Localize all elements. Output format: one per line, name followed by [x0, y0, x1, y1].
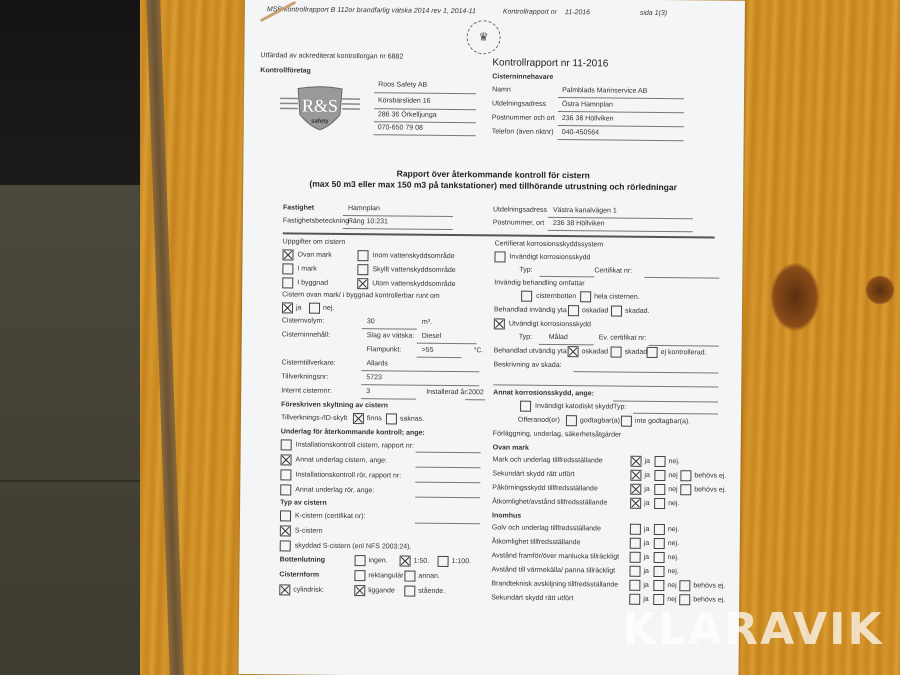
klaravik-watermark: KLARAVIK [622, 604, 884, 655]
form-cyl-checkbox[interactable] [279, 584, 290, 595]
sign-finns: finns [367, 415, 382, 422]
fill-line [558, 97, 684, 99]
slope-none-checkbox[interactable] [355, 555, 366, 566]
property-designation-value: Räng 10:231 [348, 218, 388, 225]
ja-label: ja [644, 526, 650, 533]
type-label: skyddad S-cistern (enl NFS 2003:24). [295, 543, 412, 551]
inner-corrosion-checkbox[interactable] [494, 251, 505, 262]
liquid-value: Diesel [422, 333, 442, 340]
controllable-ja-checkbox[interactable] [282, 302, 293, 313]
outer-corrosion-checkbox[interactable] [494, 318, 505, 329]
volume-value: 30 [367, 318, 375, 325]
nej-label: nej. [668, 540, 679, 547]
inner-oskadad-checkbox[interactable] [568, 305, 579, 316]
type-checkbox[interactable] [280, 510, 291, 521]
ev-cert-label: Ev. certifikat nr: [599, 334, 647, 341]
form-other: annan. [418, 573, 439, 580]
outer-ej-checkbox[interactable] [647, 347, 658, 358]
nej-label: nej. [669, 458, 680, 465]
owner-section-label: Cisterninnehavare [492, 73, 553, 81]
ja-checkbox[interactable] [630, 538, 641, 549]
nej-checkbox[interactable] [654, 470, 665, 481]
nej-checkbox[interactable] [654, 524, 665, 535]
basis-label: Annat underlag rör, ange: [295, 487, 374, 495]
owner-field-label: Namn [492, 86, 511, 93]
owner-field-value: 236 38 Höllviken [562, 115, 614, 122]
maker-label: Cisterntillverkare: [281, 359, 335, 367]
property-value: Hamnplan [348, 205, 380, 212]
godtagbar: godtagbar(a) [580, 417, 620, 424]
outer-skadad-checkbox[interactable] [611, 347, 622, 358]
placement-label: Skyllt vattenskyddsområde [372, 266, 455, 274]
serial-label: Tillverkningsnr: [281, 373, 328, 380]
whole-checkbox[interactable] [580, 291, 591, 302]
internal-value: 3 [366, 388, 370, 395]
wood-knot [770, 262, 820, 332]
form-standing-checkbox[interactable] [404, 586, 415, 597]
flash-unit: °C. [474, 347, 484, 354]
rs-safety-logo-icon: R&S safety [280, 84, 360, 131]
owner-field-label: Postnummer och ort [492, 114, 555, 122]
ja-label: ja [296, 305, 302, 312]
ja-checkbox[interactable] [629, 580, 640, 591]
company-name: Roos Safety AB [378, 81, 427, 88]
fill-line [633, 413, 718, 415]
check-row-label: Avstånd till värmekälla/ panna tillräckl… [491, 566, 615, 574]
basis-label: Annat underlag cistern, ange: [296, 457, 388, 465]
fill-line [361, 398, 416, 400]
inspection-report-page: MSB kontrollrapport B 112or brandfarlig … [238, 0, 744, 675]
property-address-value: Västra kanalvägen 1 [553, 207, 617, 215]
outer-oskadad-checkbox[interactable] [568, 346, 579, 357]
ja-checkbox[interactable] [630, 456, 641, 467]
nej-label: nej [668, 486, 677, 493]
slope-none: ingen. [369, 557, 388, 564]
inner-skadad-checkbox[interactable] [611, 306, 622, 317]
placement-label: Utom vattenskyddsområde [372, 280, 455, 288]
ja-checkbox[interactable] [629, 566, 640, 577]
background-floor [0, 185, 150, 675]
form-standing: stående. [418, 588, 445, 595]
nej-checkbox[interactable] [654, 538, 665, 549]
ja-checkbox[interactable] [630, 524, 641, 535]
ja-label: ja [644, 472, 650, 479]
ej-kontrollerad: ej kontrollerad. [661, 349, 707, 356]
fill-line [644, 277, 719, 279]
nej-checkbox[interactable] [654, 484, 665, 495]
placement-checkbox[interactable] [282, 277, 293, 288]
owner-field-value: 040-450564 [562, 129, 599, 136]
type-label: K-cistern (certifikat nr): [295, 513, 365, 521]
nej-label: nej [667, 596, 676, 603]
property-postal-label: Postnummer, ort [493, 219, 544, 226]
behovs-checkbox[interactable] [679, 580, 690, 591]
outer-surface-label: Behandlad utvändig yta [494, 347, 567, 355]
sign-finns-checkbox[interactable] [353, 413, 364, 424]
maker-value: Allards [366, 360, 387, 367]
fill-line [539, 276, 594, 278]
basis-label: Installationskontroll rör, rapport nr: [295, 472, 401, 480]
owner-field-label: Utdelningsadress [492, 100, 546, 108]
other-corrosion-label: Annat korrosionsskydd, ange: [493, 389, 594, 397]
slope-100-checkbox[interactable] [438, 556, 449, 567]
placement-label: I mark [297, 266, 317, 273]
fill-line [649, 345, 719, 347]
property-address-label: Utdelningsadress [493, 206, 547, 214]
company-postal: 286 36 Örkelljunga [378, 111, 437, 119]
flash-label: Flampunkt: [367, 346, 402, 353]
fill-line [361, 384, 479, 386]
fill-line [558, 111, 684, 113]
form-lying-checkbox[interactable] [354, 585, 365, 596]
placement-checkbox[interactable] [357, 264, 368, 275]
flash-value: >55 [422, 347, 434, 354]
placement-label: Inom vattenskyddsområde [372, 252, 454, 260]
swedac-seal-icon: ♛ [466, 20, 500, 54]
form-lying: liggande [368, 587, 395, 594]
fill-line [416, 452, 481, 454]
ja-checkbox[interactable] [630, 498, 641, 509]
background-dark-fabric [0, 0, 150, 185]
nej-label: nej. [668, 554, 679, 561]
inte-godtagbar: inte godtagbar(a). [635, 418, 690, 426]
inner-corrosion-label: Invändigt korrosionsskydd [509, 254, 590, 262]
check-row-label: Sekundärt skydd rätt utfört [491, 594, 573, 602]
company-phone: 070-650 79 08 [378, 124, 423, 131]
nej-checkbox[interactable] [653, 566, 664, 577]
behovs-label: behövs ej. [694, 486, 726, 493]
check-row-label: Åtkomlighet tillfredsställande [492, 538, 581, 546]
installed-value: 2002 [468, 389, 484, 396]
fill-line [415, 482, 480, 484]
damage-label: Beskrivning av skada: [493, 361, 561, 369]
skadad: skadad [625, 349, 648, 356]
form-reference: MSB kontrollrapport B 112or brandfarlig … [267, 6, 476, 15]
check-row-label: Sekundärt skydd rätt utfört [492, 470, 574, 478]
check-row-label: Brandteknisk avskiljning tillfredsställa… [491, 580, 618, 588]
inner-typ-label: Typ: [519, 267, 532, 274]
accreditation-text: Utfärdad av ackrediterat kontrollorgan n… [260, 52, 403, 60]
slope-50-checkbox[interactable] [400, 556, 411, 567]
placement-section-label: Förläggning, underlag, säkerhetsåtgärder [493, 430, 621, 438]
cistern-section-label: Uppgifter om cistern [283, 238, 346, 246]
fill-line [415, 467, 480, 469]
outer-typ-label: Typ: [519, 334, 532, 341]
fill-line [417, 343, 477, 345]
placement-checkbox[interactable] [282, 249, 293, 260]
nej-checkbox[interactable] [653, 580, 664, 591]
fill-line [493, 384, 718, 387]
behovs-label: behövs ej. [693, 596, 725, 603]
behovs-checkbox[interactable] [680, 484, 691, 495]
nej-checkbox[interactable] [654, 456, 665, 467]
behovs-label: behövs ej. [694, 472, 726, 479]
ja-label: ja [645, 458, 651, 465]
fill-line [415, 523, 480, 525]
property-postal-value: 236 38 Höllviken [553, 220, 605, 227]
report-title: Kontrollrapport nr 11-2016 [492, 57, 608, 69]
report-ref-label: Kontrollrapport nr [503, 8, 557, 16]
ja-label: ja [644, 486, 650, 493]
nej-checkbox[interactable] [654, 552, 665, 563]
liquid-label: Slag av vätska: [367, 332, 415, 339]
placement-label: Ovan mark [297, 252, 331, 259]
bottom-checkbox[interactable] [521, 291, 532, 302]
bottom-label: cisternbotten [536, 293, 576, 300]
skadad: skadad. [625, 308, 650, 315]
ja-checkbox[interactable] [630, 470, 641, 481]
report-ref-value: 11-2016 [565, 9, 590, 16]
check-row-label: Avstånd framför/över manlucka tillräckli… [492, 552, 620, 560]
volume-label: Cisternvolym: [282, 317, 324, 324]
owner-field-value: Palmblads Marinservice AB [562, 87, 647, 95]
installed-label: Installerad år: [426, 389, 468, 396]
volume-unit: m³. [422, 319, 432, 326]
company-section-label: Kontrollföretag [260, 67, 311, 74]
form-rect-checkbox[interactable] [354, 570, 365, 581]
page-number: sida 1(3) [640, 10, 667, 17]
controllable-label: Cistern ovan mark/ i byggnad kontrollerb… [282, 291, 440, 300]
fill-line [417, 357, 462, 358]
cathodic-checkbox[interactable] [520, 401, 531, 412]
type-checkbox[interactable] [280, 525, 291, 536]
placement-checkbox[interactable] [357, 278, 368, 289]
fill-line [573, 371, 718, 373]
internal-label: Internt cisternnr: [281, 387, 332, 394]
check-row-label: Mark och underlag tillfredsställande [493, 456, 603, 464]
fill-line [558, 139, 684, 141]
form-label: Cisternform [279, 571, 319, 578]
form-other-checkbox[interactable] [404, 571, 415, 582]
anode-label: Offeranod(er) [518, 417, 560, 424]
ja-label: ja [644, 540, 650, 547]
cathodic-label: Invändigt katodiskt skydd [535, 403, 613, 411]
svg-text:R&S: R&S [302, 96, 338, 116]
property-label: Fastighet [283, 204, 314, 211]
type-label: S-cistern [295, 528, 323, 535]
nej-label: nej. [667, 568, 678, 575]
above-ground-label: Ovan mark [493, 444, 529, 451]
sign-label: Tillverknings-/ID-skylt [281, 414, 347, 422]
behovs-checkbox[interactable] [680, 470, 691, 481]
sign-section-label: Föreskriven skyltning av cistern [281, 401, 388, 409]
fill-line [362, 328, 417, 330]
nej-label: nej. [323, 305, 334, 312]
fill-line [539, 344, 594, 346]
fill-line [361, 370, 479, 372]
controllable-nej-checkbox[interactable] [309, 303, 320, 314]
behovs-label: behövs ej. [693, 582, 725, 589]
placement-label: I byggnad [297, 280, 328, 287]
basis-checkbox[interactable] [280, 454, 291, 465]
owner-field-value: Östra Hamnplan [562, 101, 613, 108]
sign-saknas-checkbox[interactable] [386, 413, 397, 424]
form-cyl: cylindrisk: [293, 586, 324, 593]
type-checkbox[interactable] [280, 540, 291, 551]
fill-line [558, 125, 684, 127]
placement-checkbox[interactable] [282, 263, 293, 274]
owner-field-label: Telefon (även riktnr) [492, 128, 554, 136]
slope-label: Bottenlutning [280, 556, 326, 563]
ja-checkbox[interactable] [630, 484, 641, 495]
fill-line [613, 401, 718, 403]
nej-label: nej. [668, 500, 679, 507]
nej-label: nej [668, 472, 677, 479]
outer-corrosion-label: Utvändigt korrosionsskydd [509, 321, 591, 329]
nej-checkbox[interactable] [654, 498, 665, 509]
inner-treat-label: Invändig behandling omfattar [494, 279, 584, 287]
ja-label: ja [643, 568, 649, 575]
ja-label: ja [644, 554, 650, 561]
wood-knot [865, 275, 895, 305]
whole-label: hela cisternen. [594, 293, 640, 300]
inte-godtagbar-checkbox[interactable] [621, 416, 632, 427]
inner-surface-label: Behandlad invändig yta [494, 306, 567, 314]
check-row-label: Påkörningsskydd tillfredsställande [492, 484, 598, 492]
floor-tile-line [0, 480, 150, 482]
placement-checkbox[interactable] [357, 250, 368, 261]
slope-50: 1:50. [414, 558, 430, 565]
basis-checkbox[interactable] [280, 469, 291, 480]
basis-checkbox[interactable] [281, 439, 292, 450]
indoor-label: Inomhus [492, 512, 521, 519]
company-street: Körsbärsliden 16 [378, 97, 431, 105]
fill-line [465, 399, 485, 400]
fill-line [415, 497, 480, 499]
nej-label: nej. [668, 526, 679, 533]
serial-value: 5723 [366, 374, 382, 381]
ja-checkbox[interactable] [630, 552, 641, 563]
basis-checkbox[interactable] [280, 484, 291, 495]
ja-label: ja [643, 596, 649, 603]
svg-text:safety: safety [311, 119, 329, 125]
oskadad: oskadad [582, 348, 609, 355]
slope-100: 1:100. [452, 558, 472, 565]
inner-cert-label: Certifikat nr: [594, 267, 632, 274]
check-row-label: Golv och underlag tillfredsställande [492, 524, 601, 532]
ja-label: ja [643, 582, 649, 589]
content-label: Cisterninnehåll: [282, 331, 330, 338]
form-rect: rektangulär [368, 572, 403, 579]
oskadad: oskadad [582, 307, 609, 314]
basis-section-label: Underlag för återkommande kontroll; ange… [281, 428, 425, 436]
basis-label: Installationskontroll cistern, rapport n… [296, 442, 414, 450]
cathodic-typ: Typ: [613, 404, 626, 411]
corrosion-section-label: Certifierat korrosionsskyddssystem [495, 240, 604, 248]
check-row-label: Åtkomlighet/avstånd tillfredsställande [492, 498, 607, 506]
ja-label: ja [644, 500, 650, 507]
outer-type-value: Målad [549, 334, 568, 341]
sign-saknas: saknas. [400, 416, 424, 423]
property-designation-label: Fastighetsbeteckning [283, 217, 349, 225]
type-section-label: Typ av cistern [280, 499, 327, 506]
nej-label: nej [667, 582, 676, 589]
godtagbar-checkbox[interactable] [566, 415, 577, 426]
section-divider [283, 232, 715, 238]
